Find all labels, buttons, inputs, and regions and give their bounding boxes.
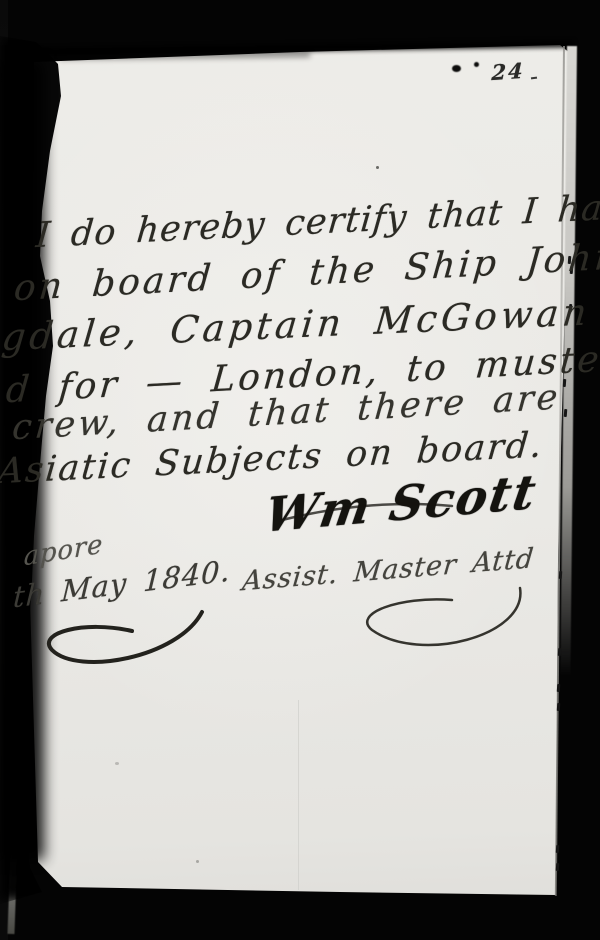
edge-mark: [557, 684, 561, 692]
ink-blot: [452, 65, 461, 72]
edge-mark: [558, 648, 562, 656]
ink-blot: [474, 62, 479, 67]
edge-mark: [564, 409, 568, 417]
paper-speck: [196, 860, 199, 863]
edge-mark: [557, 703, 561, 711]
scanned-document-screenshot: { "colors": { "film_background": "#04040…: [0, 0, 600, 940]
edge-mark: [556, 863, 560, 871]
edge-mark: [556, 845, 560, 853]
paper-fold-line: [298, 700, 299, 890]
edge-mark: [559, 571, 563, 579]
page-number: 24: [491, 58, 525, 85]
paper-speck: [115, 762, 119, 765]
paper-speck: [376, 166, 379, 169]
